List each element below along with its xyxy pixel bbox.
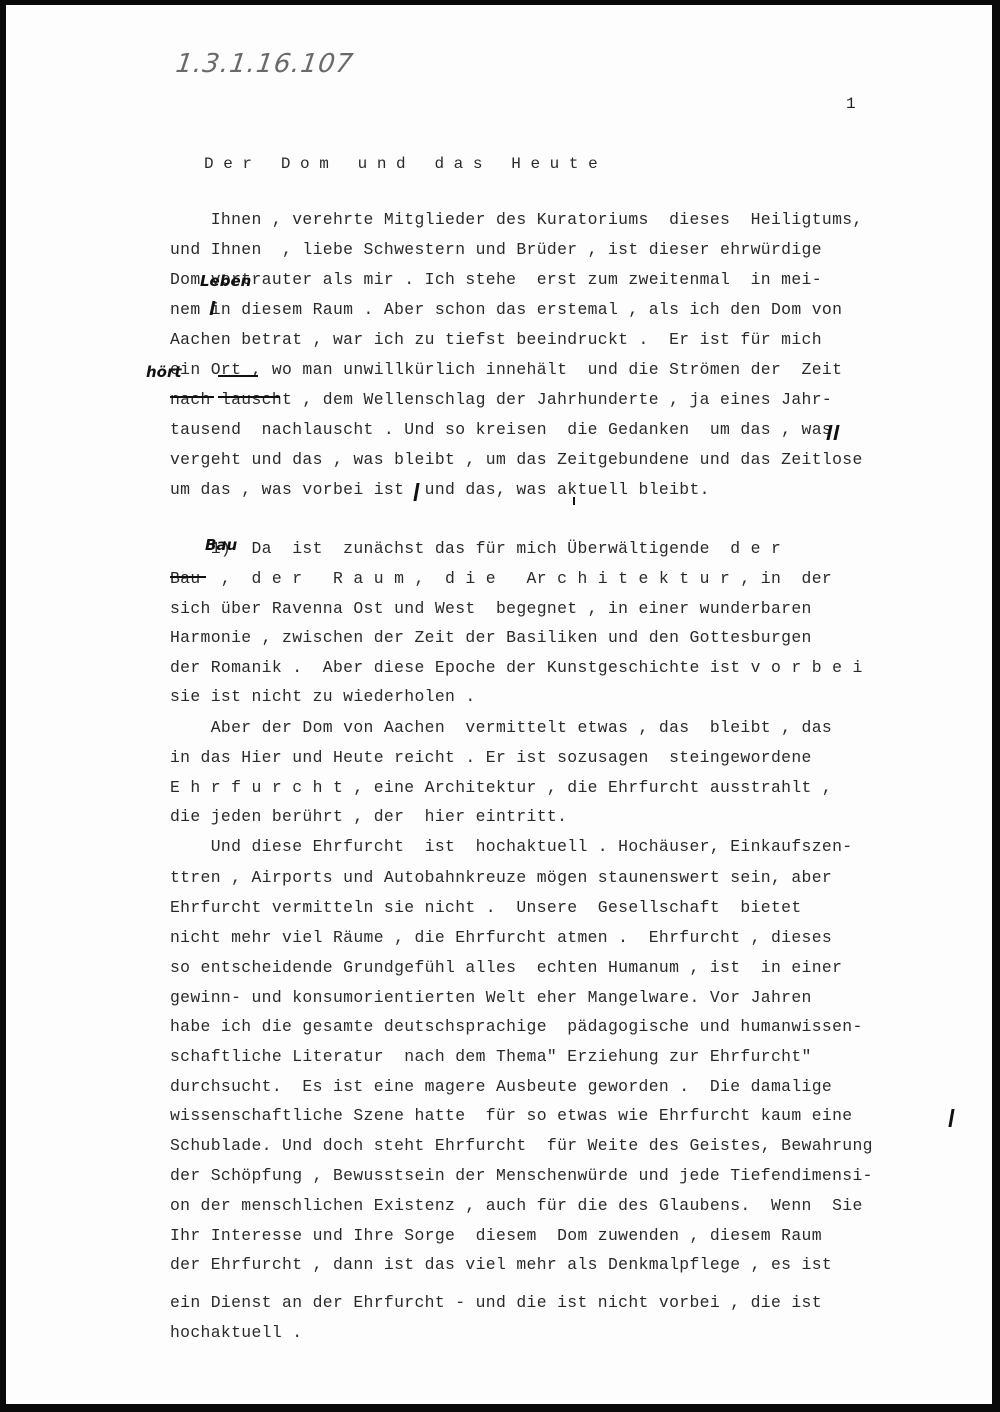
text-line: gewinn- und konsumorientierten Welt eher… (170, 988, 812, 1007)
text-line: schaftliche Literatur nach dem Thema" Er… (170, 1047, 812, 1066)
document-page: 1.3.1.16.107 1 D e r D o m u n d d a s H… (6, 5, 992, 1404)
text-line: hochaktuell . (170, 1323, 302, 1342)
text-line: Ihnen , verehrte Mitglieder des Kuratori… (170, 210, 863, 229)
text-line: nach lauscht , dem Wellenschlag der Jahr… (170, 390, 832, 409)
text-line: ein Ort , wo man unwillkürlich innehält … (170, 360, 842, 379)
page-number: 1 (846, 95, 856, 113)
text-line: ein Dienst an der Ehrfurcht - und die is… (170, 1293, 822, 1312)
comma-mark (573, 497, 575, 505)
text-line: sich über Ravenna Ost und West begegnet … (170, 599, 812, 618)
text-line: Harmonie , zwischen der Zeit der Basilik… (170, 628, 812, 647)
handwritten-correction: hört (146, 363, 182, 381)
text-line: tausend nachlauscht . Und so kreisen die… (170, 420, 832, 439)
text-line: durchsucht. Es ist eine magere Ausbeute … (170, 1077, 832, 1096)
text-line: Aber der Dom von Aachen vermittelt etwas… (170, 718, 832, 737)
text-line: Ehrfurcht vermitteln sie nicht . Unsere … (170, 898, 802, 917)
document-title: D e r D o m u n d d a s H e u t e (204, 155, 598, 173)
text-line: und Ihnen , liebe Schwestern und Brüder … (170, 240, 822, 259)
text-line: 1) Da ist zunächst das für mich Überwält… (170, 539, 781, 558)
text-line: nem in diesem Raum . Aber schon das erst… (170, 300, 842, 319)
text-line: um das , was vorbei ist und das, was akt… (170, 480, 710, 499)
text-line: sie ist nicht zu wiederholen . (170, 687, 476, 706)
text-line: die jeden berührt , der hier eintritt. (170, 807, 567, 826)
text-line: habe ich die gesamte deutschsprachige pä… (170, 1017, 863, 1036)
handwritten-correction: Leben (200, 272, 251, 290)
insertion-mark (833, 425, 839, 440)
text-line: so entscheidende Grundgefühl alles echte… (170, 958, 842, 977)
text-line: Ihr Interesse und Ihre Sorge diesem Dom … (170, 1226, 822, 1245)
text-line: Dom vertrauter als mir . Ich stehe erst … (170, 270, 822, 289)
text-line: der Schöpfung , Bewusstsein der Menschen… (170, 1166, 873, 1185)
text-line: Schublade. Und doch steht Ehrfurcht für … (170, 1136, 873, 1155)
insertion-mark (948, 1109, 954, 1127)
strikethrough-mark (218, 396, 280, 398)
text-line: ttren , Airports und Autobahnkreuze möge… (170, 868, 832, 887)
text-line: Aachen betrat , war ich zu tiefst beeind… (170, 330, 822, 349)
text-line: der Ehrfurcht , dann ist das viel mehr a… (170, 1255, 832, 1274)
text-line: on der menschlichen Existenz , auch für … (170, 1196, 863, 1215)
archive-number: 1.3.1.16.107 (174, 49, 356, 79)
strikethrough-mark (170, 396, 214, 398)
text-line: Bau , d e r R a u m , d i e Ar c h i t e… (170, 569, 832, 588)
handwritten-correction: Bau (205, 536, 237, 554)
strikethrough-mark (170, 576, 206, 578)
text-line: vergeht und das , was bleibt , um das Ze… (170, 450, 863, 469)
text-line: in das Hier und Heute reicht . Er ist so… (170, 748, 812, 767)
text-line: wissenschaftliche Szene hatte für so etw… (170, 1106, 852, 1125)
text-line: E h r f u r c h t , eine Architektur , d… (170, 778, 832, 797)
text-line: nicht mehr viel Räume , die Ehrfurcht at… (170, 928, 832, 947)
text-line: Und diese Ehrfurcht ist hochaktuell . Ho… (170, 837, 852, 856)
strikethrough-mark (218, 375, 258, 377)
text-line: der Romanik . Aber diese Epoche der Kuns… (170, 658, 863, 677)
